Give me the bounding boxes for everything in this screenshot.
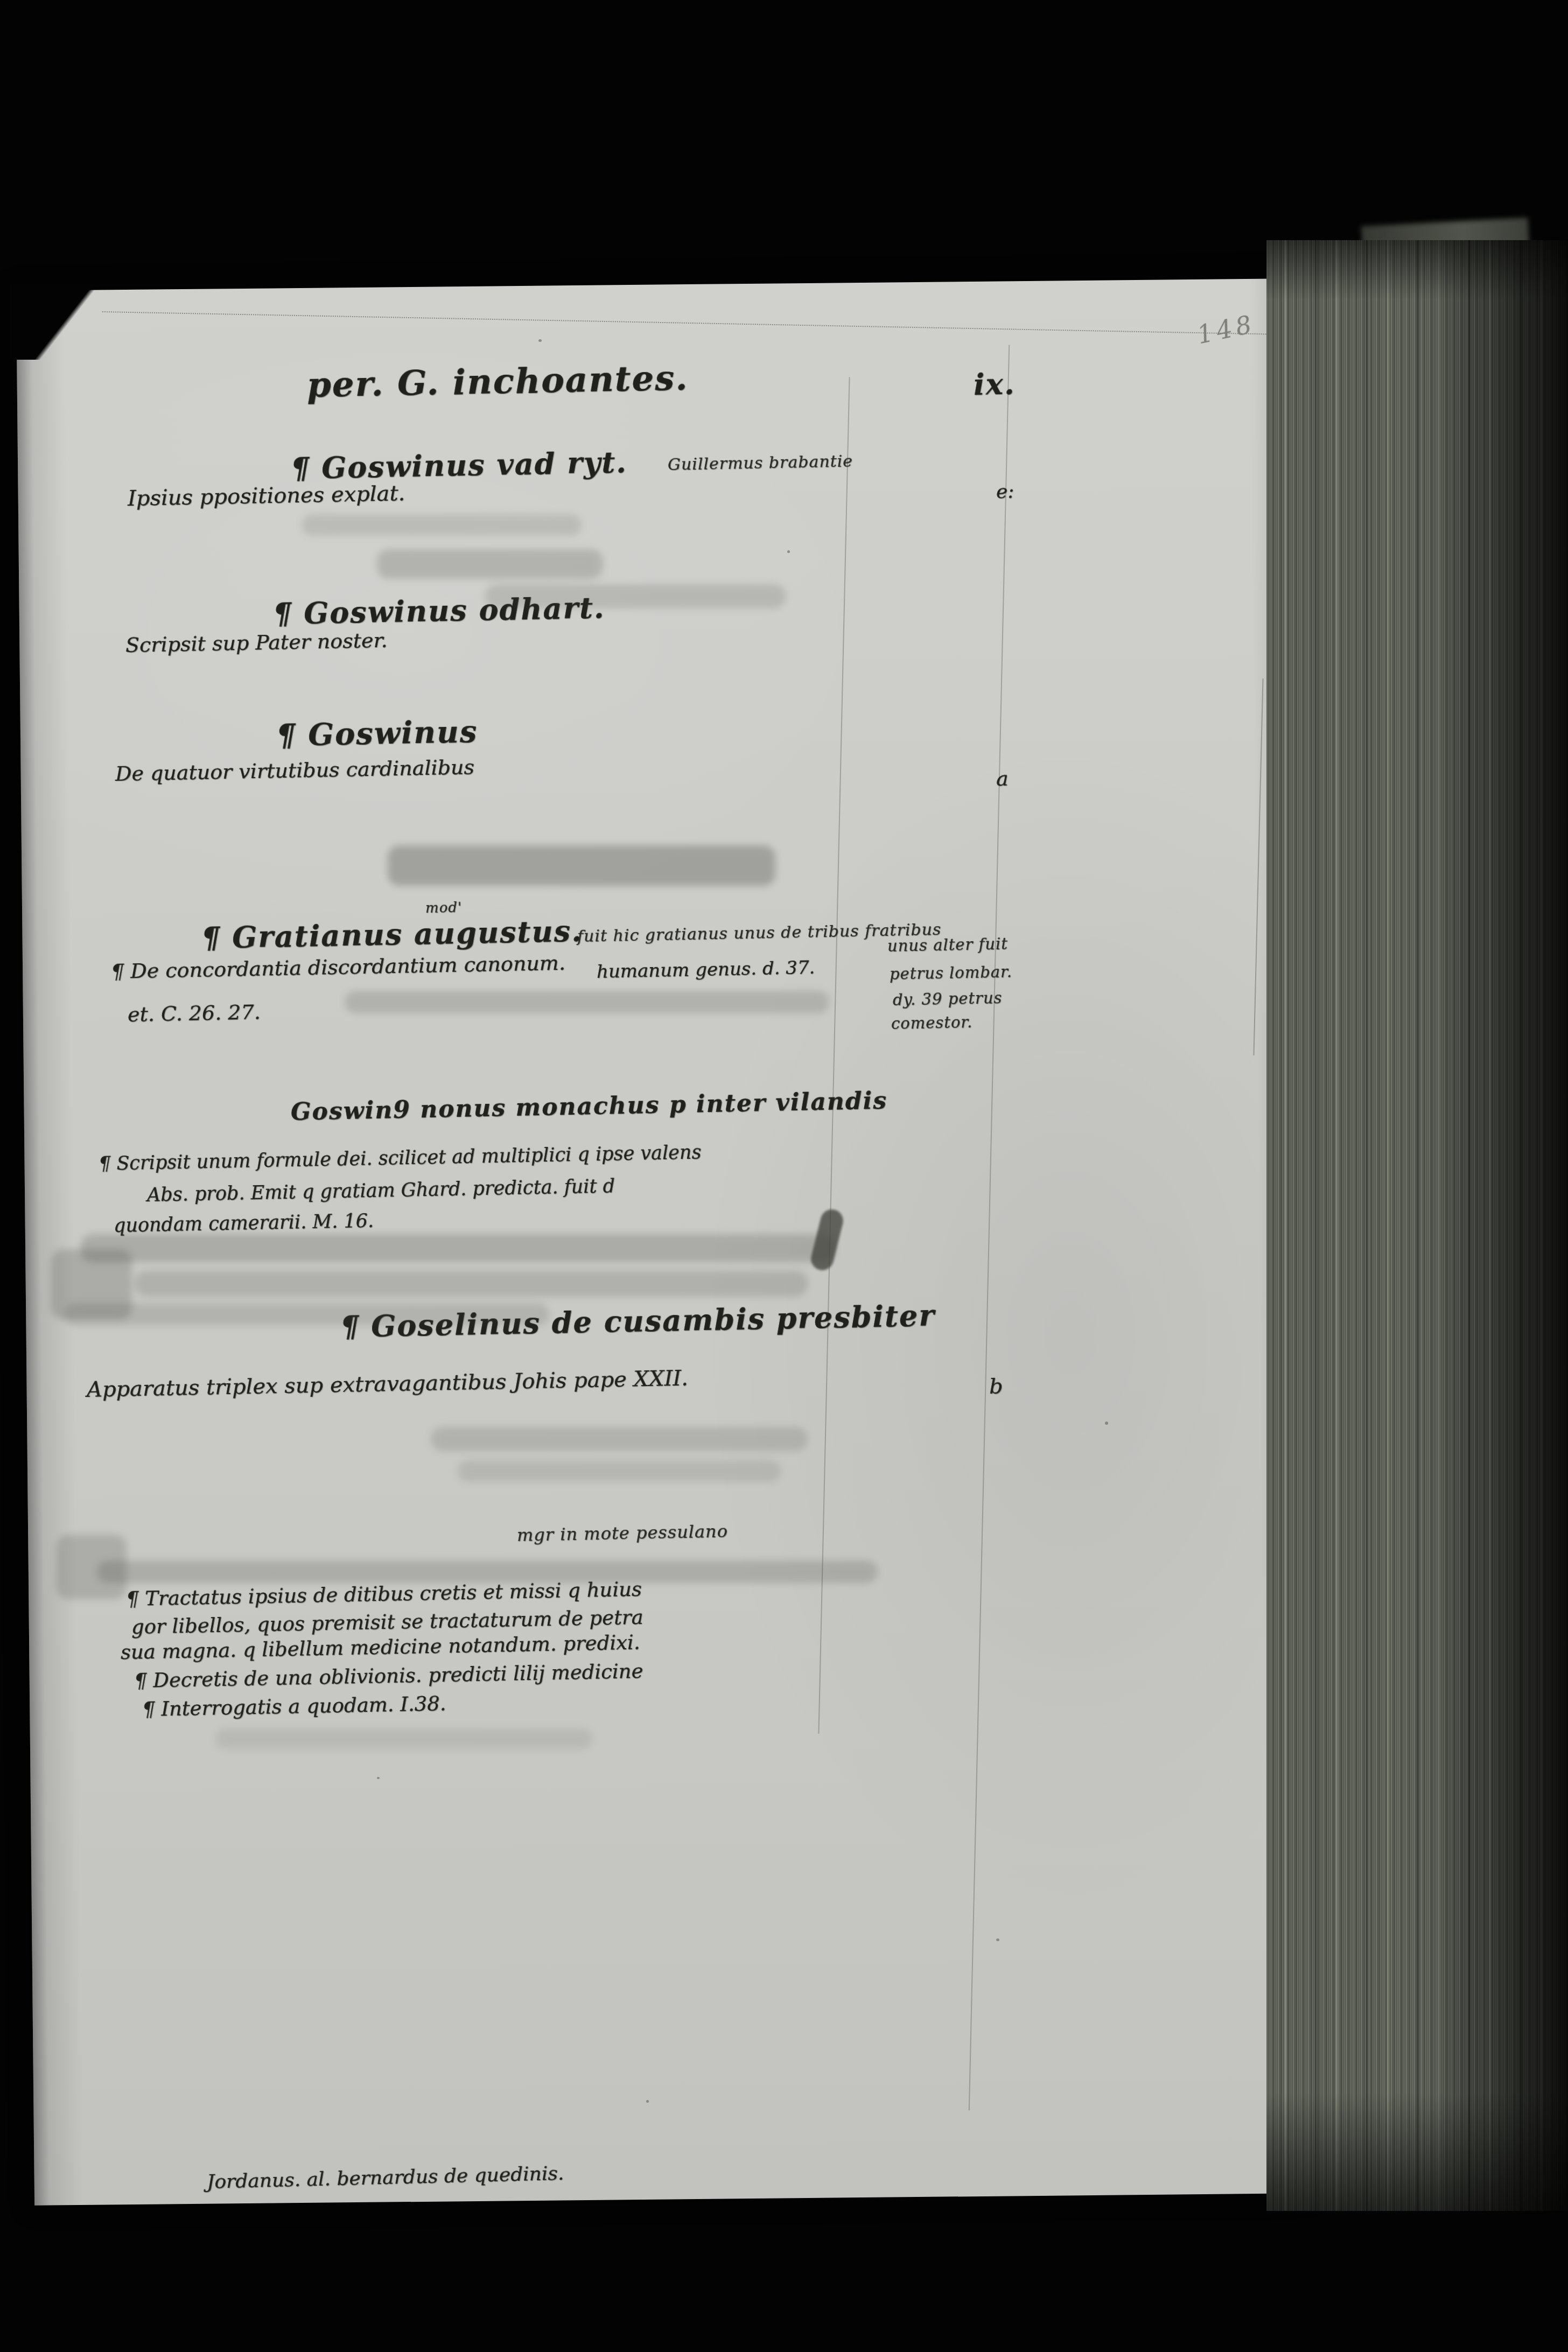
erased-entry-ghost [388,845,775,886]
dust-speck [1105,1422,1108,1425]
bleedthrough-ghost [215,1728,592,1749]
bleedthrough-ghost [377,549,603,579]
margin-letter-e: e: [996,480,1014,503]
entry-title: ¶ Gratianus augustus. [201,913,583,955]
margin-note-line: petrus lombar. [890,963,1013,983]
dust-speck [646,2100,649,2103]
bleedthrough-ghost [65,1303,549,1326]
margin-note-line: comestor. [891,1013,973,1033]
bleedthrough-ghost [302,514,582,536]
bleedthrough-ghost [485,584,786,608]
quire-numeral: ix. [973,367,1016,402]
margin-letter-a: a [996,767,1009,790]
page-heading: per. G. inchoantes. [306,358,689,405]
dust-speck [996,1938,999,1941]
book-fore-edge [1266,240,1568,2211]
bleedthrough-ghost [135,1271,808,1297]
manuscript-photo: per. G. inchoantes. ix. 148 ¶ Goswinus v… [0,0,1568,2352]
entry-title: ¶ Goswinus vad ryt. [290,445,627,486]
bleedthrough-ghost [431,1427,808,1451]
entry-title-note: Guillermus brabantie [668,452,853,474]
entry-line: et. C. 26. 27. [128,1000,261,1026]
dust-speck [787,550,790,553]
entry-line: humanum genus. d. 37. [597,957,815,983]
margin-note-line: unus alter fuit [887,935,1009,955]
bleedthrough-ghost [345,991,829,1013]
page-corner-shadow [10,284,150,360]
entry-line: Scripsit sup Pater noster. [125,628,388,657]
margin-note-line: dy. 39 petrus [893,989,1003,1009]
bleedthrough-ghost [81,1234,835,1262]
dust-speck [538,339,542,342]
dust-speck [377,1777,380,1779]
bleedthrough-ghost [97,1560,878,1583]
marginalia-smudge [51,1249,132,1319]
bleedthrough-ghost [458,1460,781,1482]
montpellier-note: mgr in mote pessulano [517,1521,729,1545]
entry-title: ¶ Goswinus [276,714,478,753]
entry-title-superscript: mod' [425,900,463,916]
margin-letter-b: b [989,1374,1003,1399]
marginalia-smudge [57,1535,127,1599]
